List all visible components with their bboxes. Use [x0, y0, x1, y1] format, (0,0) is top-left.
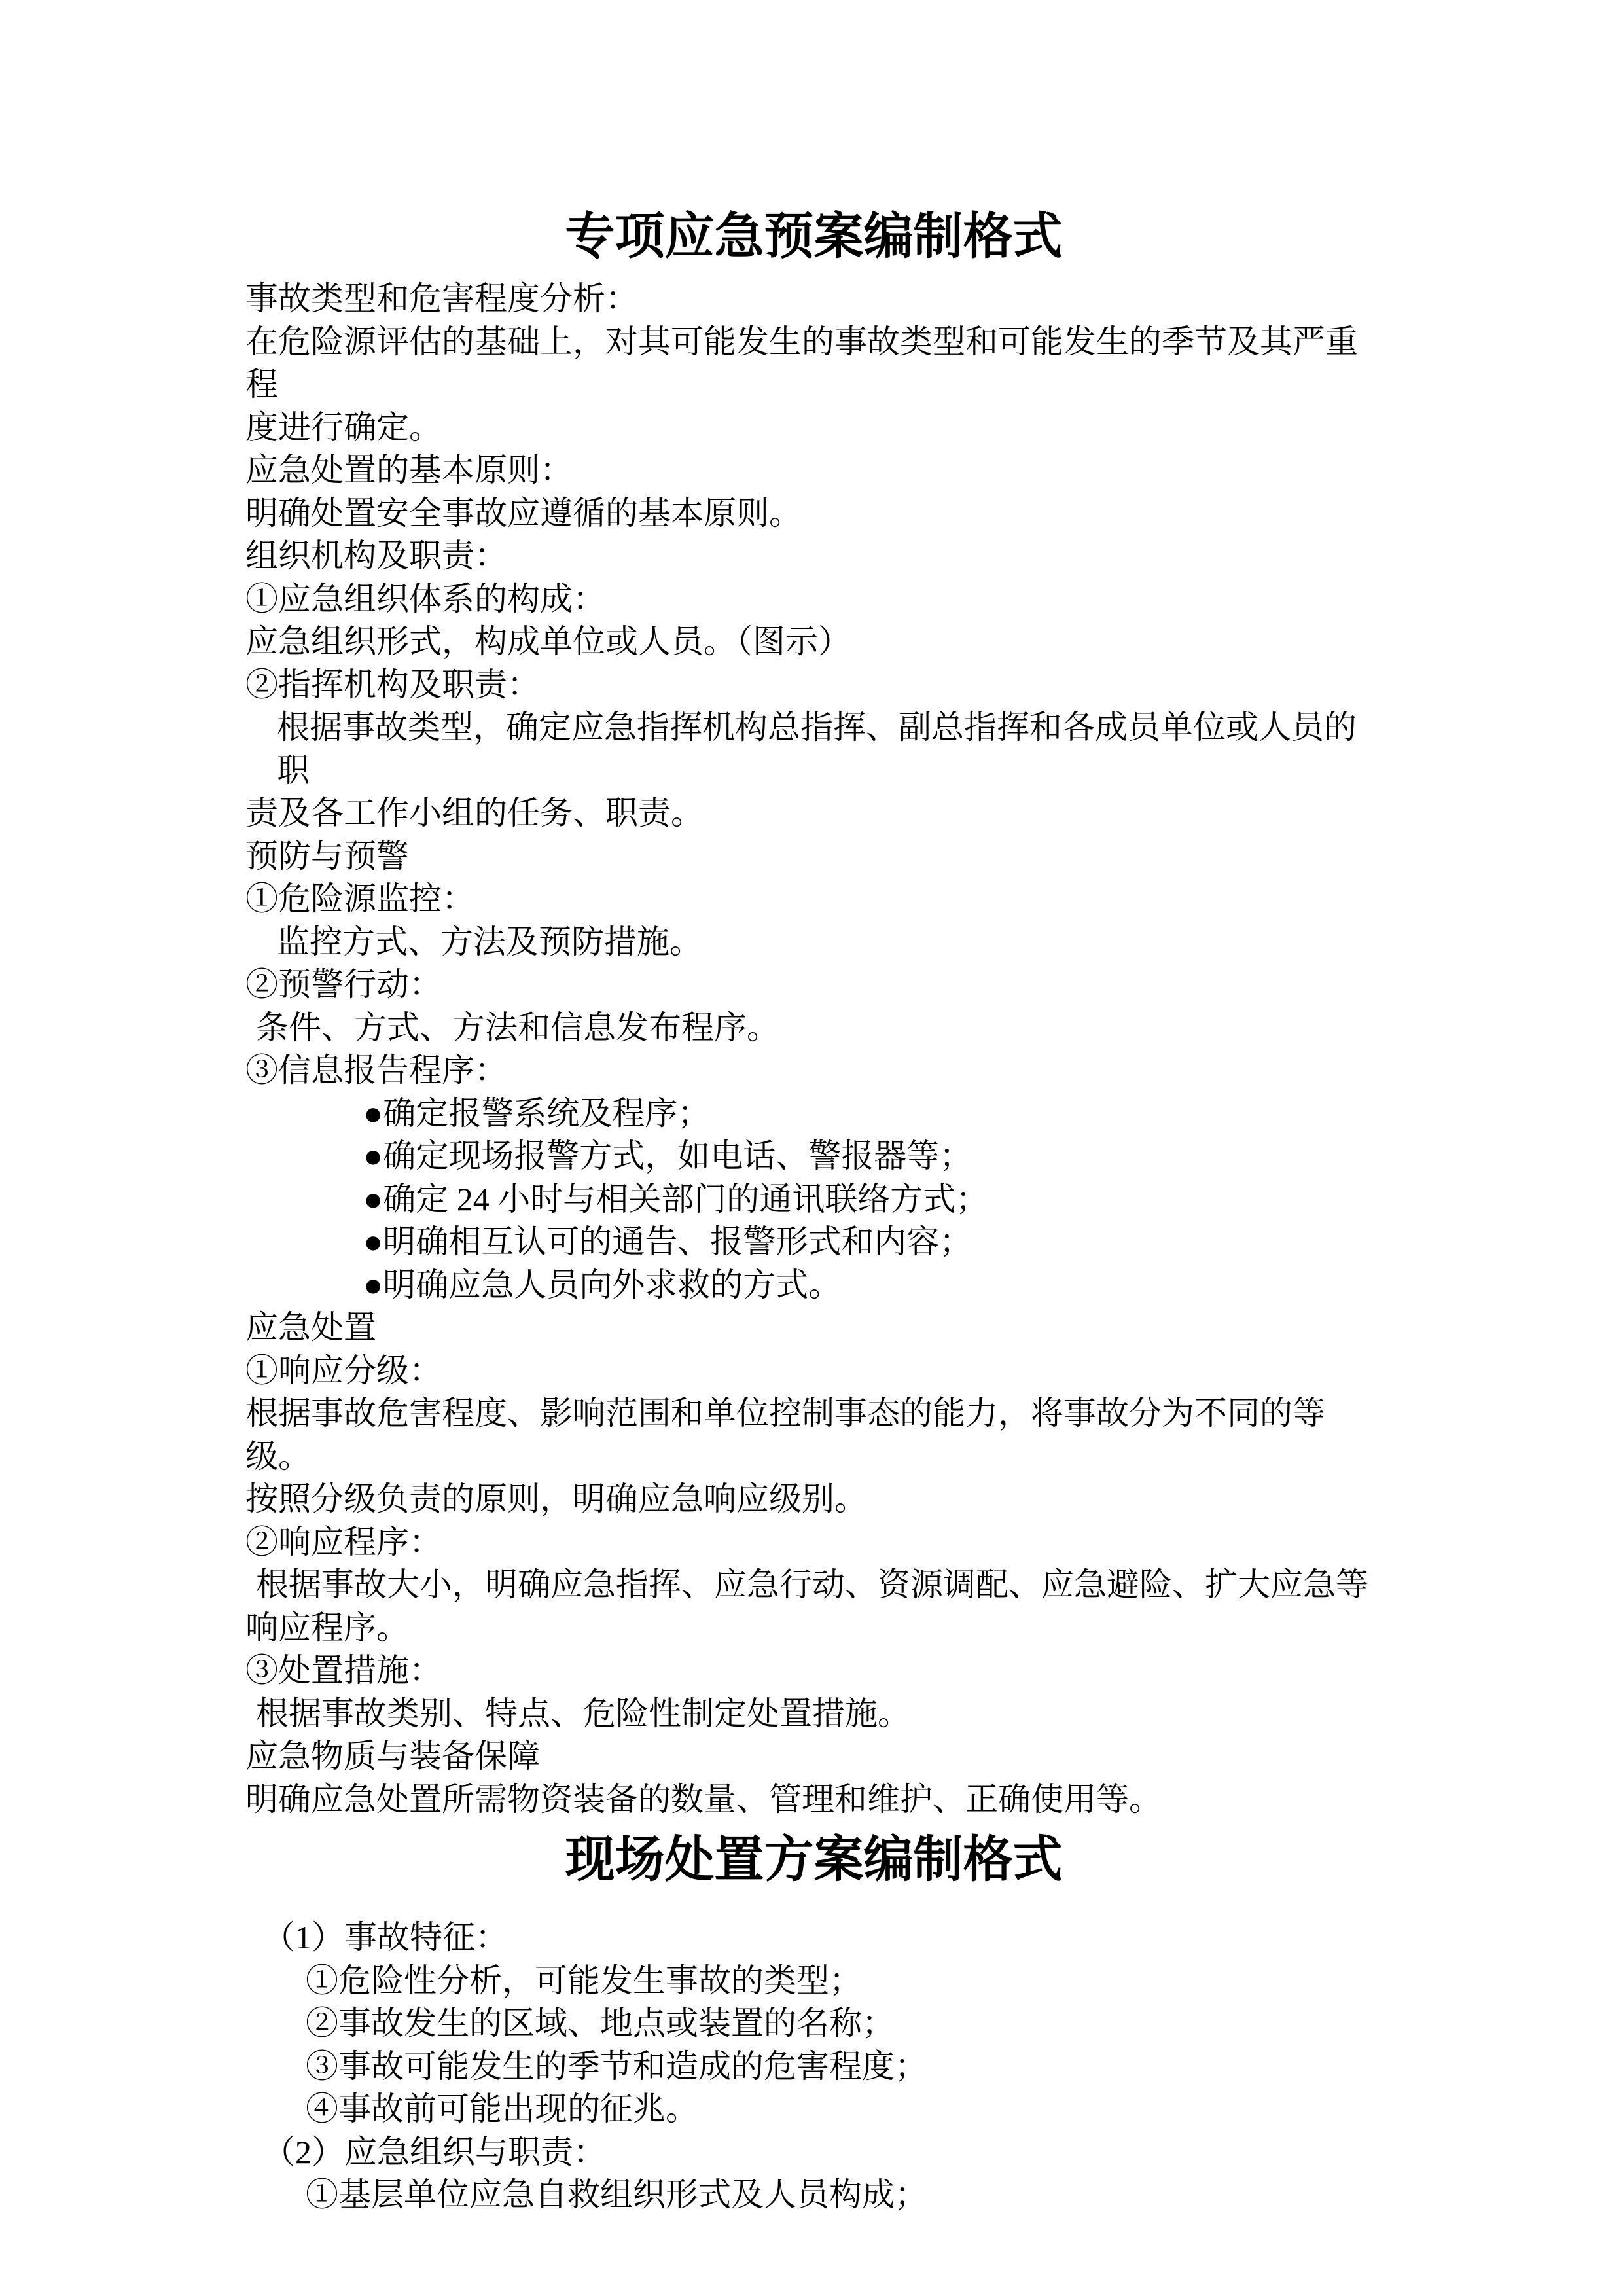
- text-line: 预防与预警: [245, 835, 1382, 878]
- text-line: 根据事故危害程度、影响范围和单位控制事态的能力，将事故分为不同的等级。: [245, 1392, 1382, 1478]
- text-line: （2）应急组织与职责：: [245, 2131, 1382, 2174]
- text-line: 明确应急处置所需物资装备的数量、管理和维护、正确使用等。: [245, 1778, 1382, 1821]
- text-line: ①响应分级：: [245, 1350, 1382, 1393]
- text-line: ●确定报警系统及程序；: [245, 1092, 1382, 1136]
- text-line: 根据事故类型，确定应急指挥机构总指挥、副总指挥和各成员单位或人员的职: [245, 706, 1382, 792]
- text-line: 责及各工作小组的任务、职责。: [245, 792, 1382, 835]
- text-line: 按照分级负责的原则，明确应急响应级别。: [245, 1478, 1382, 1521]
- text-line: ①危险源监控：: [245, 878, 1382, 921]
- document-title-1: 专项应急预案编制格式: [245, 204, 1382, 270]
- text-line: 事故类型和危害程度分析：: [245, 278, 1382, 321]
- text-line: 度进行确定。: [245, 406, 1382, 450]
- text-line: 应急处置: [245, 1306, 1382, 1350]
- text-line: ●确定 24 小时与相关部门的通讯联络方式；: [245, 1178, 1382, 1221]
- text-line: 条件、方式、方法和信息发布程序。: [245, 1007, 1382, 1050]
- text-line: 响应程序。: [245, 1607, 1382, 1650]
- text-line: 应急组织形式，构成单位或人员。（图示）: [245, 620, 1382, 664]
- text-line: ②事故发生的区域、地点或装置的名称；: [245, 2002, 1382, 2045]
- text-line: ①危险性分析，可能发生事故的类型；: [245, 1960, 1382, 2003]
- text-line: ②指挥机构及职责：: [245, 664, 1382, 707]
- text-line: 根据事故大小，明确应急指挥、应急行动、资源调配、应急避险、扩大应急等: [245, 1564, 1382, 1607]
- text-line: ③信息报告程序：: [245, 1049, 1382, 1092]
- section-2-text-block: （1）事故特征：①危险性分析，可能发生事故的类型；②事故发生的区域、地点或装置的…: [245, 1916, 1382, 2217]
- text-line: ②预警行动：: [245, 963, 1382, 1007]
- text-line: ④事故前可能出现的征兆。: [245, 2088, 1382, 2131]
- text-line: ①应急组织体系的构成：: [245, 578, 1382, 621]
- text-line: 监控方式、方法及预防措施。: [245, 921, 1382, 964]
- text-line: ③事故可能发生的季节和造成的危害程度；: [245, 2045, 1382, 2089]
- text-line: 在危险源评估的基础上，对其可能发生的事故类型和可能发生的季节及其严重程: [245, 321, 1382, 406]
- text-line: （1）事故特征：: [245, 1916, 1382, 1960]
- text-line: ●确定现场报警方式，如电话、警报器等；: [245, 1135, 1382, 1178]
- section-1-text-block: 事故类型和危害程度分析：在危险源评估的基础上，对其可能发生的事故类型和可能发生的…: [245, 278, 1382, 1821]
- document-title-2: 现场处置方案编制格式: [245, 1827, 1382, 1893]
- text-line: 明确处置安全事故应遵循的基本原则。: [245, 492, 1382, 535]
- document-page: 专项应急预案编制格式 事故类型和危害程度分析：在危险源评估的基础上，对其可能发生…: [0, 0, 1623, 2296]
- text-line: ●明确应急人员向外求救的方式。: [245, 1264, 1382, 1307]
- text-line: 组织机构及职责：: [245, 535, 1382, 578]
- text-line: 应急物质与装备保障: [245, 1735, 1382, 1778]
- text-line: 应急处置的基本原则：: [245, 449, 1382, 492]
- text-line: ③处置措施：: [245, 1649, 1382, 1693]
- text-line: ②响应程序：: [245, 1521, 1382, 1564]
- text-line: ●明确相互认可的通告、报警形式和内容；: [245, 1221, 1382, 1264]
- text-line: ①基层单位应急自救组织形式及人员构成；: [245, 2174, 1382, 2217]
- document-content: 专项应急预案编制格式 事故类型和危害程度分析：在危险源评估的基础上，对其可能发生…: [245, 204, 1382, 2217]
- text-line: 根据事故类别、特点、危险性制定处置措施。: [245, 1693, 1382, 1736]
